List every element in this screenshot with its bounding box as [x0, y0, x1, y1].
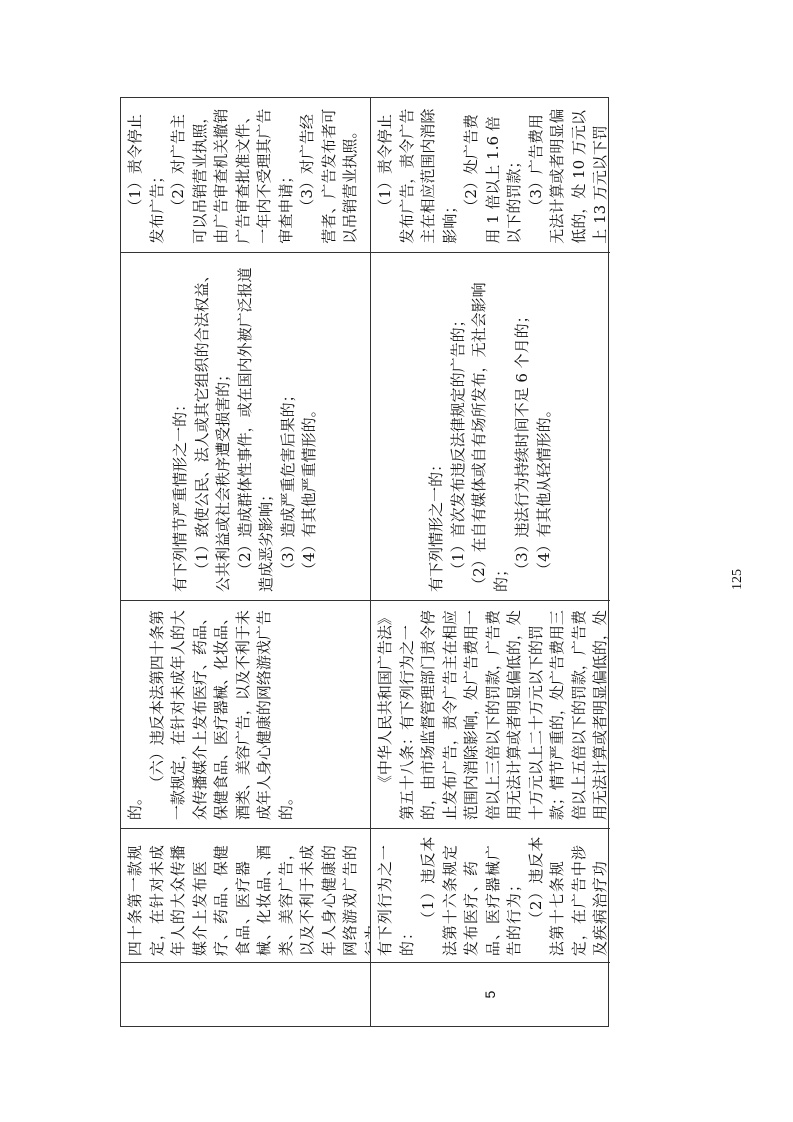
circumstance-item: （2）在自有媒体或自有场所发布，无社会影响的；: [469, 261, 512, 592]
penalty-table: 四十条第一款规定，在针对未成年人的大众传播媒介上发布医疗、药品、保健食品、医疗器…: [120, 97, 609, 1027]
violation-act-cell: 四十条第一款规定，在针对未成年人的大众传播媒介上发布医疗、药品、保健食品、医疗器…: [121, 828, 370, 962]
penalty-cell: （1）责令停止发布广告； （2）对广告主可以吊销营业执照，由广告审查机关撤销广告…: [121, 98, 370, 252]
violation-and-basis-cell: 四十条第一款规定，在针对未成年人的大众传播媒介上发布医疗、药品、保健食品、医疗器…: [121, 600, 370, 962]
circumstance-intro: 有下列情节严重情形之一的：: [170, 261, 192, 592]
circumstance-item: （4）有其他从轻情形的。: [534, 261, 556, 592]
violation-act-text: 有下列行为之一的：: [375, 835, 418, 956]
penalty-cell: （1）责令停止发布广告，责令广告主在相应范围内消除影响； （2）处广告费用 1 …: [371, 98, 610, 252]
penalty-item: （3）广告费用无法计算或者明显偏低的，处 10 万元以上 13 万元以下罚款。: [526, 106, 611, 244]
penalty-item: （2）对广告主可以吊销营业执照，由广告审查机关撤销广告审查批准文件、一年内不受理…: [168, 106, 297, 244]
circumstance-intro: 有下列情形之一的：: [426, 261, 448, 592]
penalty-item: （1）责令停止发布广告；: [125, 106, 168, 244]
violation-act-text: （1）违反本法第十六条规定发布医疗、药品、医疗器械广告的行为；: [418, 835, 526, 956]
row-number-cell: 5: [371, 962, 610, 1026]
circumstances-cell: 有下列情形之一的： （1）首次发布违反法律规定的广告的； （2）在自有媒体或自有…: [371, 252, 610, 600]
violation-act-text: 四十条第一款规定，在针对未成年人的大众传播媒介上发布医疗、药品、保健食品、医疗器…: [125, 835, 370, 956]
circumstance-item: （1）致使公民、法人或其它组织的合法权益、公共利益或社会秩序遭受损害的；: [192, 261, 235, 592]
circumstances-cell: 有下列情节严重情形之一的： （1）致使公民、法人或其它组织的合法权益、公共利益或…: [121, 252, 370, 600]
page-number: 125: [730, 569, 746, 590]
circumstance-item: （2）造成群体性事件，或在国内外被广泛报道造成恶劣影响；: [235, 261, 278, 592]
penalty-item: （2）处广告费用 1 倍以上 1.6 倍以下的罚款；: [461, 106, 526, 244]
legal-basis-text: （六）违反本法第四十条第一款规定，在针对未成年人的大众传播媒介上发布医疗、药品、…: [147, 609, 298, 820]
legal-basis-cell: 的。 （六）违反本法第四十条第一款规定，在针对未成年人的大众传播媒介上发布医疗、…: [121, 601, 370, 828]
row-number-cell: [121, 962, 370, 1026]
violation-act-cell: 有下列行为之一的： （1）违反本法第十六条规定发布医疗、药品、医疗器械广告的行为…: [371, 828, 610, 962]
circumstance-item: （1）首次发布违反法律规定的广告的；: [448, 261, 470, 592]
penalty-item: （3）对广告经营者、广告发布者可以吊销营业执照。: [297, 106, 362, 244]
rotated-page: 四十条第一款规定，在针对未成年人的大众传播媒介上发布医疗、药品、保健食品、医疗器…: [0, 0, 793, 1122]
table-row: 四十条第一款规定，在针对未成年人的大众传播媒介上发布医疗、药品、保健食品、医疗器…: [121, 98, 371, 1026]
circumstance-item: （4）有其他严重情形的。: [299, 261, 321, 592]
violation-act-text: （2）违反本法第十七条规定，在广告中涉及疾病治疗功能，以及: [526, 835, 611, 956]
circumstance-item: （3）违法行为持续时间不足 6 个月的；: [512, 261, 534, 592]
penalty-item: （1）责令停止发布广告，责令广告主在相应范围内消除影响；: [375, 106, 461, 244]
legal-basis-text: 的。: [125, 609, 147, 820]
legal-basis-cell: 《中华人民共和国广告法》第五十八条：有下列行为之一的，由市场监督管理部门责令停止…: [371, 601, 610, 828]
violation-and-basis-cell: 有下列行为之一的： （1）违反本法第十六条规定发布医疗、药品、医疗器械广告的行为…: [371, 600, 610, 962]
row-number: 5: [480, 991, 502, 999]
table-row: 5 有下列行为之一的： （1）违反本法第十六条规定发布医疗、药品、医疗器械广告的…: [371, 98, 610, 1026]
legal-basis-text: 《中华人民共和国广告法》第五十八条：有下列行为之一的，由市场监督管理部门责令停止…: [375, 609, 610, 820]
circumstance-item: （3）造成严重危害后果的；: [278, 261, 300, 592]
